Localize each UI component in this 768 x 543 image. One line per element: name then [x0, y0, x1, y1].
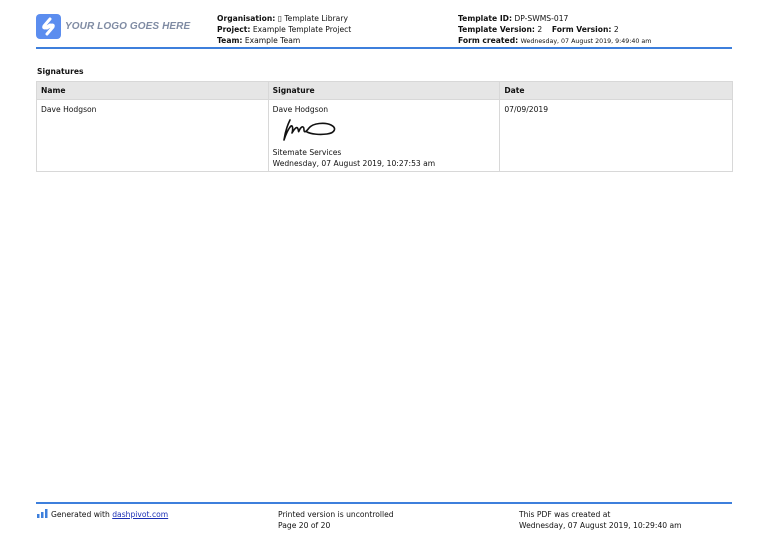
bar-chart-icon	[37, 509, 48, 518]
signature-image	[281, 117, 343, 143]
pdf-created-label: This PDF was created at	[519, 509, 682, 520]
footer-page-info: Printed version is uncontrolled Page 20 …	[278, 509, 394, 531]
footer-divider	[36, 502, 732, 504]
sign-date: 07/09/2019	[500, 100, 733, 172]
signer-name: Dave Hodgson	[37, 100, 269, 172]
signature-name: Dave Hodgson	[273, 104, 496, 115]
uncontrolled-notice: Printed version is uncontrolled	[278, 509, 394, 520]
column-header-date: Date	[500, 82, 733, 100]
table-row: Dave Hodgson Dave Hodgson Sitemate Servi…	[37, 100, 733, 172]
form-created-line: Form created: Wednesday, 07 August 2019,…	[458, 35, 651, 47]
company-logo: YOUR LOGO GOES HERE	[36, 14, 190, 39]
signature-timestamp: Wednesday, 07 August 2019, 10:27:53 am	[273, 158, 496, 169]
footer-generated: Generated with dashpivot.com	[37, 509, 168, 520]
signature-cell: Dave Hodgson Sitemate Services Wednesday…	[268, 100, 500, 172]
page-number: Page 20 of 20	[278, 520, 394, 531]
dashpivot-link[interactable]: dashpivot.com	[112, 510, 168, 519]
template-id-line: Template ID: DP-SWMS-017	[458, 13, 651, 24]
section-title: Signatures	[37, 67, 84, 76]
header-template-info: Template ID: DP-SWMS-017 Template Versio…	[458, 13, 651, 47]
column-header-signature: Signature	[268, 82, 500, 100]
header-project-info: Organisation: ▯ Template Library Project…	[217, 13, 351, 46]
pdf-created-value: Wednesday, 07 August 2019, 10:29:40 am	[519, 520, 682, 531]
signature-company: Sitemate Services	[273, 147, 496, 158]
table-header-row: Name Signature Date	[37, 82, 733, 100]
team-line: Team: Example Team	[217, 35, 351, 46]
logo-text: YOUR LOGO GOES HERE	[65, 21, 190, 32]
organisation-line: Organisation: ▯ Template Library	[217, 13, 351, 24]
logo-icon	[36, 14, 61, 39]
column-header-name: Name	[37, 82, 269, 100]
signatures-table: Name Signature Date Dave Hodgson Dave Ho…	[36, 81, 733, 172]
version-line: Template Version: 2 Form Version: 2	[458, 24, 651, 35]
footer-pdf-created: This PDF was created at Wednesday, 07 Au…	[519, 509, 682, 531]
project-line: Project: Example Template Project	[217, 24, 351, 35]
header-divider	[36, 47, 732, 49]
